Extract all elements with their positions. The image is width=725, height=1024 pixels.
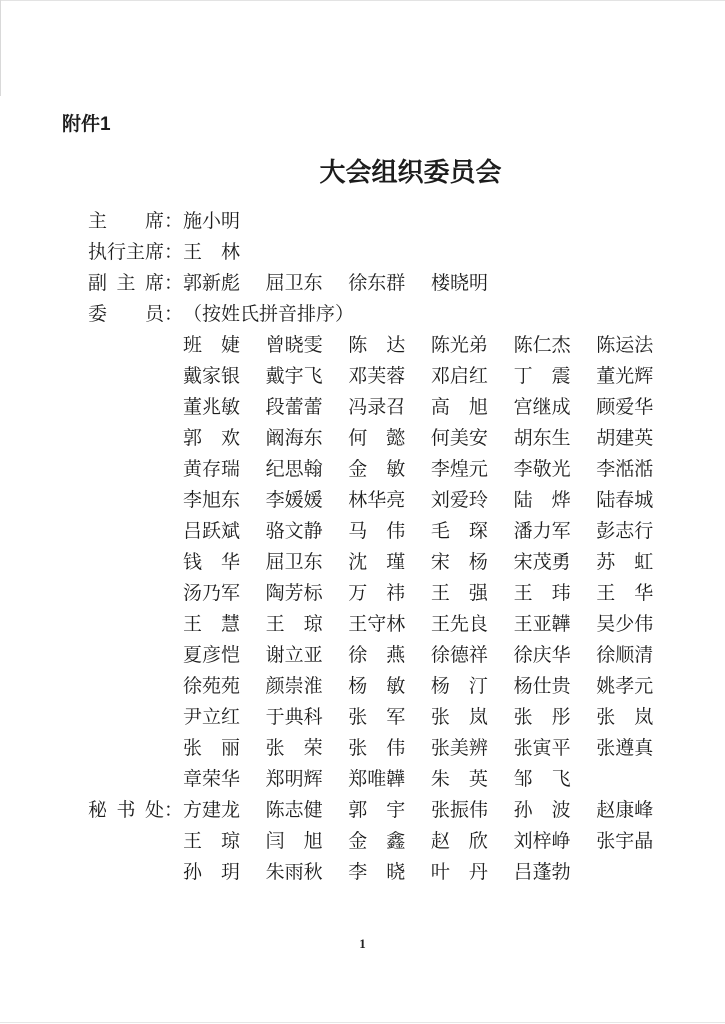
member-name: 孙 波	[514, 795, 571, 826]
member-name: 陈志健	[266, 795, 323, 826]
member-name: 戴家银	[183, 361, 240, 392]
member-name: 何美安	[431, 423, 488, 454]
member-row: 钱 华屈卫东沈 瑾宋 杨宋茂勇苏 虹	[183, 547, 725, 578]
member-name: 郭新彪	[183, 268, 240, 299]
name-cells: 李旭东李媛媛林华亮刘爱玲陆 烨陆春城	[183, 485, 679, 516]
name-cells: 戴家银戴宇飞邓芙蓉邓启红丁 震董光辉	[183, 361, 679, 392]
scan-artifact-bottom	[0, 1022, 725, 1023]
member-name: 张 伟	[348, 733, 405, 764]
role-line: 委 员：（按姓氏拼音排序）	[88, 299, 725, 330]
member-name: 冯录召	[348, 392, 405, 423]
member-name: 董兆敏	[183, 392, 240, 423]
member-name: 张振伟	[431, 795, 488, 826]
member-name: 郑唯韡	[348, 764, 405, 795]
member-name: 段蕾蕾	[266, 392, 323, 423]
member-name: 吴少伟	[596, 609, 653, 640]
name-cells: 施小明	[183, 206, 266, 237]
member-name: 陆春城	[596, 485, 653, 516]
member-name: 陈 达	[348, 330, 405, 361]
member-name: 邓芙蓉	[348, 361, 405, 392]
member-name: 戴宇飞	[266, 361, 323, 392]
member-name: 徐东群	[348, 268, 405, 299]
member-name: 陈运法	[596, 330, 653, 361]
member-name: 刘梓峥	[514, 826, 571, 857]
name-cells: 吕跃斌骆文静马 伟毛 琛潘力军彭志行	[183, 516, 679, 547]
member-name: 朱雨秋	[266, 857, 323, 888]
name-cells: 孙 玥朱雨秋李 晓叶 丹吕蓬勃	[183, 857, 596, 888]
member-name: 王 琼	[266, 609, 323, 640]
name-cells: 张 丽张 荣张 伟张美辨张寅平张遵真	[183, 733, 679, 764]
member-name: 闫 旭	[266, 826, 323, 857]
member-name: 阚海东	[266, 423, 323, 454]
member-name: 杨仕贵	[514, 671, 571, 702]
role-line: 主 席：施小明	[88, 206, 725, 237]
member-name: 吕蓬勃	[514, 857, 571, 888]
member-name: 马 伟	[348, 516, 405, 547]
attachment-label: 附件1	[62, 112, 725, 138]
member-name: 曾晓雯	[266, 330, 323, 361]
member-name: 孙 玥	[183, 857, 240, 888]
member-name: 陈光弟	[431, 330, 488, 361]
member-name: 张寅平	[514, 733, 571, 764]
member-name: 王亚韡	[514, 609, 571, 640]
member-name: 赵康峰	[596, 795, 653, 826]
member-name: 林华亮	[348, 485, 405, 516]
member-name: 班 婕	[183, 330, 240, 361]
member-name: 张 岚	[431, 702, 488, 733]
member-name: 张 荣	[266, 733, 323, 764]
member-name: 施小明	[183, 206, 240, 237]
name-cells: 黄存瑞纪思翰金 敏李煌元李敬光李湉湉	[183, 454, 679, 485]
member-name: 董光辉	[596, 361, 653, 392]
member-name: 毛 琛	[431, 516, 488, 547]
member-name: 万 祎	[348, 578, 405, 609]
member-name: 张宇晶	[596, 826, 653, 857]
scan-artifact-left	[0, 0, 1, 96]
member-name: 于典科	[266, 702, 323, 733]
member-name: 顾爱华	[596, 392, 653, 423]
member-name: 李煌元	[431, 454, 488, 485]
member-row: 王 慧王 琼王守林王先良王亚韡吴少伟	[183, 609, 725, 640]
member-name: 金 敏	[348, 454, 405, 485]
member-row: 董兆敏段蕾蕾冯录召高 旭宫继成顾爱华	[183, 392, 725, 423]
member-name: 郭 宇	[348, 795, 405, 826]
secretariat-row: 王 琼闫 旭金 鑫赵 欣刘梓峥张宇晶	[183, 826, 725, 857]
member-name: 张 丽	[183, 733, 240, 764]
member-name: 张遵真	[596, 733, 653, 764]
member-name: 徐庆华	[514, 640, 571, 671]
role-label: 秘 书 处：	[88, 795, 183, 826]
member-name: 李湉湉	[596, 454, 653, 485]
member-name: 宋 杨	[431, 547, 488, 578]
member-name: 叶 丹	[431, 857, 488, 888]
member-row: 张 丽张 荣张 伟张美辨张寅平张遵真	[183, 733, 725, 764]
name-cells: 方建龙陈志健郭 宇张振伟孙 波赵康峰	[183, 795, 679, 826]
member-name: 徐德祥	[431, 640, 488, 671]
name-cells: 班 婕曾晓雯陈 达陈光弟陈仁杰陈运法	[183, 330, 679, 361]
member-name: 宋茂勇	[514, 547, 571, 578]
page-title: 大会组织委员会	[96, 154, 725, 190]
member-name: 苏 虹	[596, 547, 653, 578]
member-row: 戴家银戴宇飞邓芙蓉邓启红丁 震董光辉	[183, 361, 725, 392]
member-name: 胡东生	[514, 423, 571, 454]
member-name: 张 军	[348, 702, 405, 733]
member-name: 汤乃军	[183, 578, 240, 609]
member-name: 王守林	[348, 609, 405, 640]
member-row: 黄存瑞纪思翰金 敏李煌元李敬光李湉湉	[183, 454, 725, 485]
member-name: 王 玮	[514, 578, 571, 609]
member-name: 刘爱玲	[431, 485, 488, 516]
member-name: 谢立亚	[266, 640, 323, 671]
member-name: 章荣华	[183, 764, 240, 795]
member-name: 黄存瑞	[183, 454, 240, 485]
member-name: 郭 欢	[183, 423, 240, 454]
member-name: 张 岚	[596, 702, 653, 733]
member-name: 楼晓明	[431, 268, 488, 299]
committee-roster: 主 席：施小明执行主席：王 林副 主 席：郭新彪屈卫东徐东群楼晓明委 员：（按姓…	[88, 206, 725, 888]
name-cells: 王 琼闫 旭金 鑫赵 欣刘梓峥张宇晶	[183, 826, 679, 857]
name-cells: 尹立红于典科张 军张 岚张 彤张 岚	[183, 702, 679, 733]
member-name: 王 琼	[183, 826, 240, 857]
role-label: 副 主 席：	[88, 268, 183, 299]
role-label: 主 席：	[88, 206, 183, 237]
member-name: 邓启红	[431, 361, 488, 392]
member-row: 吕跃斌骆文静马 伟毛 琛潘力军彭志行	[183, 516, 725, 547]
member-name: 夏彦恺	[183, 640, 240, 671]
member-name: 杨 汀	[431, 671, 488, 702]
member-name: 张 彤	[514, 702, 571, 733]
member-row: 章荣华郑明辉郑唯韡朱 英邹 飞	[183, 764, 725, 795]
name-cells: 王 慧王 琼王守林王先良王亚韡吴少伟	[183, 609, 679, 640]
member-row: 郭 欢阚海东何 懿何美安胡东生胡建英	[183, 423, 725, 454]
member-row: 尹立红于典科张 军张 岚张 彤张 岚	[183, 702, 725, 733]
member-name: 吕跃斌	[183, 516, 240, 547]
member-name: 徐 燕	[348, 640, 405, 671]
member-name: 颜崇淮	[266, 671, 323, 702]
member-name: 胡建英	[596, 423, 653, 454]
member-name: 赵 欣	[431, 826, 488, 857]
member-name: 纪思翰	[266, 454, 323, 485]
member-name: 李媛媛	[266, 485, 323, 516]
member-name: 丁 震	[514, 361, 571, 392]
role-label: 委 员：	[88, 299, 183, 330]
member-name: 王 慧	[183, 609, 240, 640]
member-name: 钱 华	[183, 547, 240, 578]
member-name: 彭志行	[596, 516, 653, 547]
name-cells: 夏彦恺谢立亚徐 燕徐德祥徐庆华徐顺清	[183, 640, 679, 671]
name-cells: 郭 欢阚海东何 懿何美安胡东生胡建英	[183, 423, 679, 454]
member-name: 骆文静	[266, 516, 323, 547]
member-name: 陆 烨	[514, 485, 571, 516]
member-name: 沈 瑾	[348, 547, 405, 578]
name-cells: 钱 华屈卫东沈 瑾宋 杨宋茂勇苏 虹	[183, 547, 679, 578]
member-name: 邹 飞	[514, 764, 571, 795]
role-label: 执行主席：	[88, 237, 183, 268]
role-line: 副 主 席：郭新彪屈卫东徐东群楼晓明	[88, 268, 725, 299]
member-name: 屈卫东	[266, 268, 323, 299]
member-name: 张美辨	[431, 733, 488, 764]
name-cells: 汤乃军陶芳标万 祎王 强王 玮王 华	[183, 578, 679, 609]
member-name: 杨 敏	[348, 671, 405, 702]
name-cells: 章荣华郑明辉郑唯韡朱 英邹 飞	[183, 764, 596, 795]
name-cells: 郭新彪屈卫东徐东群楼晓明	[183, 268, 514, 299]
member-name: 尹立红	[183, 702, 240, 733]
member-name: 潘力军	[514, 516, 571, 547]
member-name: 徐苑苑	[183, 671, 240, 702]
member-name: 何 懿	[348, 423, 405, 454]
member-name: 王 华	[596, 578, 653, 609]
member-row: 徐苑苑颜崇淮杨 敏杨 汀杨仕贵姚孝元	[183, 671, 725, 702]
member-name: 屈卫东	[266, 547, 323, 578]
name-cells: 王 林	[183, 237, 266, 268]
member-name: 陶芳标	[266, 578, 323, 609]
secretariat-row: 秘 书 处：方建龙陈志健郭 宇张振伟孙 波赵康峰	[88, 795, 725, 826]
member-name: 高 旭	[431, 392, 488, 423]
member-row: 夏彦恺谢立亚徐 燕徐德祥徐庆华徐顺清	[183, 640, 725, 671]
member-name: 宫继成	[514, 392, 571, 423]
member-name: 王 林	[183, 237, 240, 268]
member-name: 李旭东	[183, 485, 240, 516]
sort-note: （按姓氏拼音排序）	[183, 299, 354, 330]
member-name: 郑明辉	[266, 764, 323, 795]
member-name: 姚孝元	[596, 671, 653, 702]
member-name: 陈仁杰	[514, 330, 571, 361]
member-name: 李 晓	[348, 857, 405, 888]
scan-artifact-top	[0, 0, 725, 1]
member-name: 金 鑫	[348, 826, 405, 857]
member-name: 朱 英	[431, 764, 488, 795]
page-number: 1	[0, 936, 725, 952]
member-name: 李敬光	[514, 454, 571, 485]
member-name: 徐顺清	[596, 640, 653, 671]
role-line: 执行主席：王 林	[88, 237, 725, 268]
member-row: 班 婕曾晓雯陈 达陈光弟陈仁杰陈运法	[183, 330, 725, 361]
member-row: 李旭东李媛媛林华亮刘爱玲陆 烨陆春城	[183, 485, 725, 516]
member-name: 方建龙	[183, 795, 240, 826]
name-cells: 徐苑苑颜崇淮杨 敏杨 汀杨仕贵姚孝元	[183, 671, 679, 702]
member-name: 王 强	[431, 578, 488, 609]
member-name: 王先良	[431, 609, 488, 640]
document-page: 附件1 大会组织委员会 主 席：施小明执行主席：王 林副 主 席：郭新彪屈卫东徐…	[0, 0, 725, 1024]
secretariat-row: 孙 玥朱雨秋李 晓叶 丹吕蓬勃	[183, 857, 725, 888]
member-row: 汤乃军陶芳标万 祎王 强王 玮王 华	[183, 578, 725, 609]
name-cells: 董兆敏段蕾蕾冯录召高 旭宫继成顾爱华	[183, 392, 679, 423]
